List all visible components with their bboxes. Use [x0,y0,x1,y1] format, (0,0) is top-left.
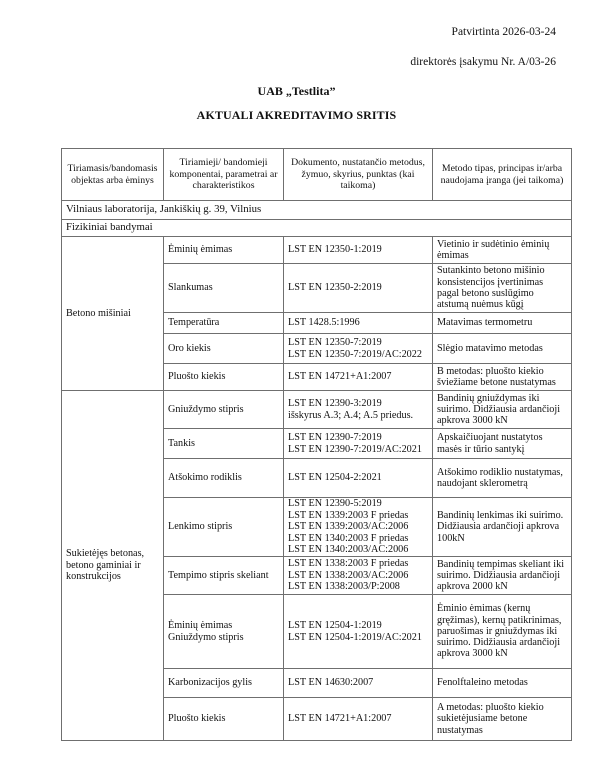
document-line: LST EN 12390-3:2019 [288,398,428,410]
parameter-line: Slankumas [168,282,279,294]
document-line: LST EN 1340:2003/AC:2006 [288,544,428,556]
document-line: LST EN 14721+A1:2007 [288,713,428,725]
method-cell: Apskaičiuojant nustatytos masės ir tūrio… [433,429,572,459]
column-header-method: Metodo tipas, principas ir/arba naudojam… [433,149,572,201]
object-cell: Sukietėjęs betonas, betono gaminiai ir k… [62,391,164,741]
parameter-line: Tempimo stipris skeliant [168,570,279,582]
document-line: LST EN 12350-2:2019 [288,282,428,294]
parameter-line: Oro kiekis [168,343,279,355]
parameter-line: Ėminių ėmimas [168,244,279,256]
category-name: Fizikiniai bandymai [62,220,572,237]
document-cell: LST EN 12390-7:2019LST EN 12390-7:2019/A… [284,429,433,459]
document-line: LST EN 12350-1:2019 [288,244,428,256]
parameter-line: Gniuždymo stipris [168,632,279,644]
method-cell: Bandinių tempimas skeliant iki suirimo. … [433,557,572,595]
method-cell: Matavimas termometru [433,313,572,334]
parameter-line: Atšokimo rodiklis [168,472,279,484]
laboratory-row: Vilniaus laboratorija, Jankiškių g. 39, … [62,201,572,220]
parameter-line: Temperatūra [168,317,279,329]
document-line: LST EN 12504-1:2019 [288,620,428,632]
method-cell: Fenolftaleino metodas [433,669,572,698]
parameter-line: Tankis [168,438,279,450]
company-name: UAB „Testlita” [0,84,593,99]
method-cell: A metodas: pluošto kiekio sukietėjusiame… [433,698,572,741]
document-line: LST EN 1338:2003/P:2008 [288,581,428,593]
document-line: LST EN 12504-2:2021 [288,472,428,484]
document-title: AKTUALI AKREDITAVIMO SRITIS [0,108,593,123]
method-cell: Vietinio ir sudėtinio ėminių ėmimas [433,237,572,264]
method-cell: Bandinių lenkimas iki suirimo. Didžiausi… [433,498,572,557]
document-line: LST 1428.5:1996 [288,317,428,329]
director-order: direktorės įsakymu Nr. A/03-26 [410,56,556,68]
method-cell: Slėgio matavimo metodas [433,334,572,364]
document-line: LST EN 1339:2003/AC:2006 [288,521,428,533]
parameter-cell: Tempimo stipris skeliant [164,557,284,595]
document-line: LST EN 1338:2003/AC:2006 [288,570,428,582]
document-cell: LST EN 14630:2007 [284,669,433,698]
column-header-parameters: Tiriamieji/ bandomieji komponentai, para… [164,149,284,201]
laboratory-name: Vilniaus laboratorija, Jankiškių g. 39, … [62,201,572,220]
document-line: LST EN 14721+A1:2007 [288,371,428,383]
parameter-cell: Pluošto kiekis [164,364,284,391]
document-cell: LST EN 12390-3:2019išskyrus A.3; A.4; A.… [284,391,433,429]
document-cell: LST 1428.5:1996 [284,313,433,334]
document-line: LST EN 12504-1:2019/AC:2021 [288,632,428,644]
object-cell: Betono mišiniai [62,237,164,391]
document-cell: LST EN 12504-1:2019LST EN 12504-1:2019/A… [284,595,433,669]
document-cell: LST EN 1338:2003 F priedasLST EN 1338:20… [284,557,433,595]
method-cell: Sutankinto betono mišinio konsistencijos… [433,264,572,313]
parameter-cell: Tankis [164,429,284,459]
parameter-cell: Pluošto kiekis [164,698,284,741]
document-line: LST EN 12390-5:2019 [288,498,428,510]
parameter-cell: Lenkimo stipris [164,498,284,557]
document-line: LST EN 12390-7:2019 [288,432,428,444]
parameter-cell: Temperatūra [164,313,284,334]
parameter-line: Gniuždymo stipris [168,404,279,416]
column-header-object: Tiriamasis/bandomasis objektas arba ėmin… [62,149,164,201]
document-line: LST EN 14630:2007 [288,677,428,689]
parameter-line: Lenkimo stipris [168,521,279,533]
method-cell: Ėminio ėmimas (kernų gręžimas), kernų pa… [433,595,572,669]
document-cell: LST EN 12350-1:2019 [284,237,433,264]
column-header-document: Dokumento, nustatančio metodus, žymuo, s… [284,149,433,201]
document-cell: LST EN 12350-2:2019 [284,264,433,313]
document-cell: LST EN 14721+A1:2007 [284,364,433,391]
table-row: Sukietėjęs betonas, betono gaminiai ir k… [62,391,572,429]
document-cell: LST EN 12504-2:2021 [284,459,433,498]
parameter-line: Pluošto kiekis [168,371,279,383]
accreditation-scope-table: Tiriamasis/bandomasis objektas arba ėmin… [61,148,572,741]
category-row: Fizikiniai bandymai [62,220,572,237]
parameter-line: Karbonizacijos gylis [168,677,279,689]
document-cell: LST EN 12390-5:2019LST EN 1339:2003 F pr… [284,498,433,557]
parameter-line: Pluošto kiekis [168,713,279,725]
document-line: išskyrus A.3; A.4; A.5 priedus. [288,410,428,422]
document-line: LST EN 1338:2003 F priedas [288,558,428,570]
document-cell: LST EN 12350-7:2019LST EN 12350-7:2019/A… [284,334,433,364]
document-line: LST EN 12390-7:2019/AC:2021 [288,444,428,456]
parameter-cell: Slankumas [164,264,284,313]
table-row: Betono mišiniaiĖminių ėmimasLST EN 12350… [62,237,572,264]
parameter-line: Ėminių ėmimas [168,620,279,632]
document-line: LST EN 1340:2003 F priedas [288,533,428,545]
document-line: LST EN 1339:2003 F priedas [288,510,428,522]
parameter-cell: Ėminių ėmimas [164,237,284,264]
approval-date: Patvirtinta 2026-03-24 [452,26,556,38]
document-line: LST EN 12350-7:2019/AC:2022 [288,349,428,361]
table-header-row: Tiriamasis/bandomasis objektas arba ėmin… [62,149,572,201]
document-line: LST EN 12350-7:2019 [288,337,428,349]
parameter-cell: Gniuždymo stipris [164,391,284,429]
parameter-cell: Atšokimo rodiklis [164,459,284,498]
method-cell: B metodas: pluošto kiekio šviežiame beto… [433,364,572,391]
method-cell: Atšokimo rodiklio nustatymas, naudojant … [433,459,572,498]
method-cell: Bandinių gniuždymas iki suirimo. Didžiau… [433,391,572,429]
parameter-cell: Karbonizacijos gylis [164,669,284,698]
parameter-cell: Ėminių ėmimasGniuždymo stipris [164,595,284,669]
parameter-cell: Oro kiekis [164,334,284,364]
document-cell: LST EN 14721+A1:2007 [284,698,433,741]
